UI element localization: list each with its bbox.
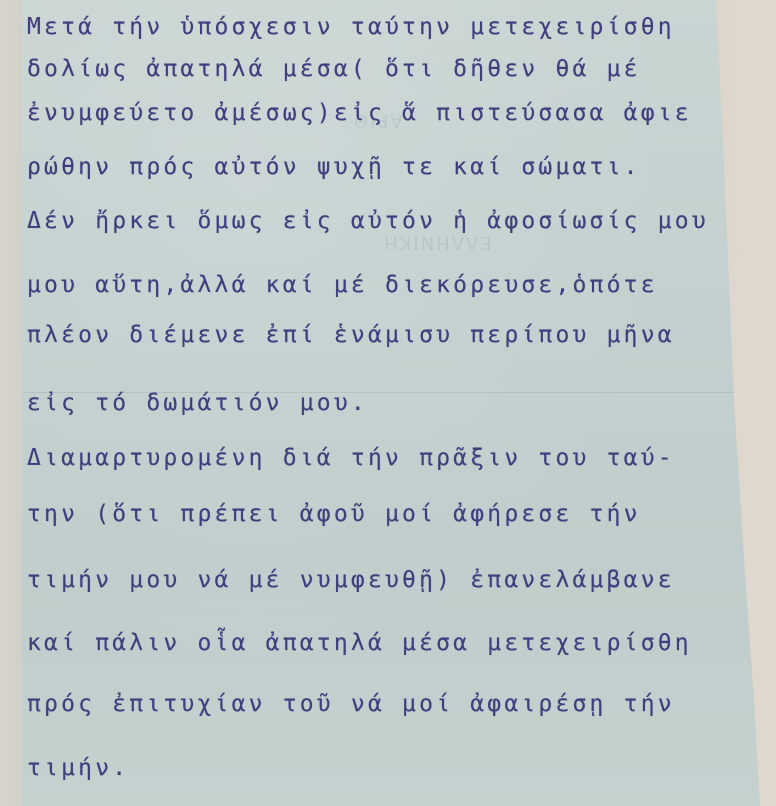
text-line-14: τιμήν. [27, 755, 129, 781]
text-line-12: καί πάλιν οἷα ἀπατηλά μέσα μετεχειρίσθη [27, 630, 692, 656]
left-paper-edge [0, 0, 22, 806]
text-line-1: Μετά τήν ὑπόσχεσιν ταύτην μετεχειρίσθη [27, 14, 675, 40]
text-line-4: ρώθην πρός αὐτόν ψυχῇ τε καί σώματι. [27, 154, 641, 180]
text-line-11: τιμήν μου νά μέ νυμφευθῇ) ἐπανελάμβανε [27, 567, 675, 593]
text-line-9: Διαμαρτυρομένη διά τήν πρᾶξιν του ταύ- [27, 445, 675, 471]
text-line-8: εἰς τό δωμάτιόν μου. [27, 390, 368, 416]
stamp-ghost: ΕΛΛΗΝΙΚΗ [382, 232, 492, 253]
text-line-10: την (ὅτι πρέπει ἀφοῦ μοί ἀφήρεσε τήν [27, 501, 641, 527]
text-line-6: μου αὕτη,ἀλλά καί μέ διεκόρευσε,ὁπότε [27, 272, 658, 298]
text-line-2: δολίως ἀπατηλά μέσα( ὅτι δῆθεν θά μέ [27, 56, 641, 82]
document-photo: ΑΡΙΘ ΕΛΛΗΝΙΚΗ Μετά τήν ὑπόσχεσιν ταύτην … [0, 0, 776, 806]
text-line-13: πρός ἐπιτυχίαν τοῦ νά μοί ἀφαιρέσῃ τήν [27, 691, 675, 717]
text-line-3: ἐνυμφεύετο ἀμέσως)εἰς ἅ πιστεύσασα ἀφιε [27, 100, 692, 126]
text-line-5: Δέν ἤρκει ὅμως εἰς αὐτόν ἡ ἀφοσίωσίς μου [27, 208, 709, 234]
text-line-7: πλέον διέμενε ἐπί ἑνάμισυ περίπου μῆνα [27, 322, 675, 348]
